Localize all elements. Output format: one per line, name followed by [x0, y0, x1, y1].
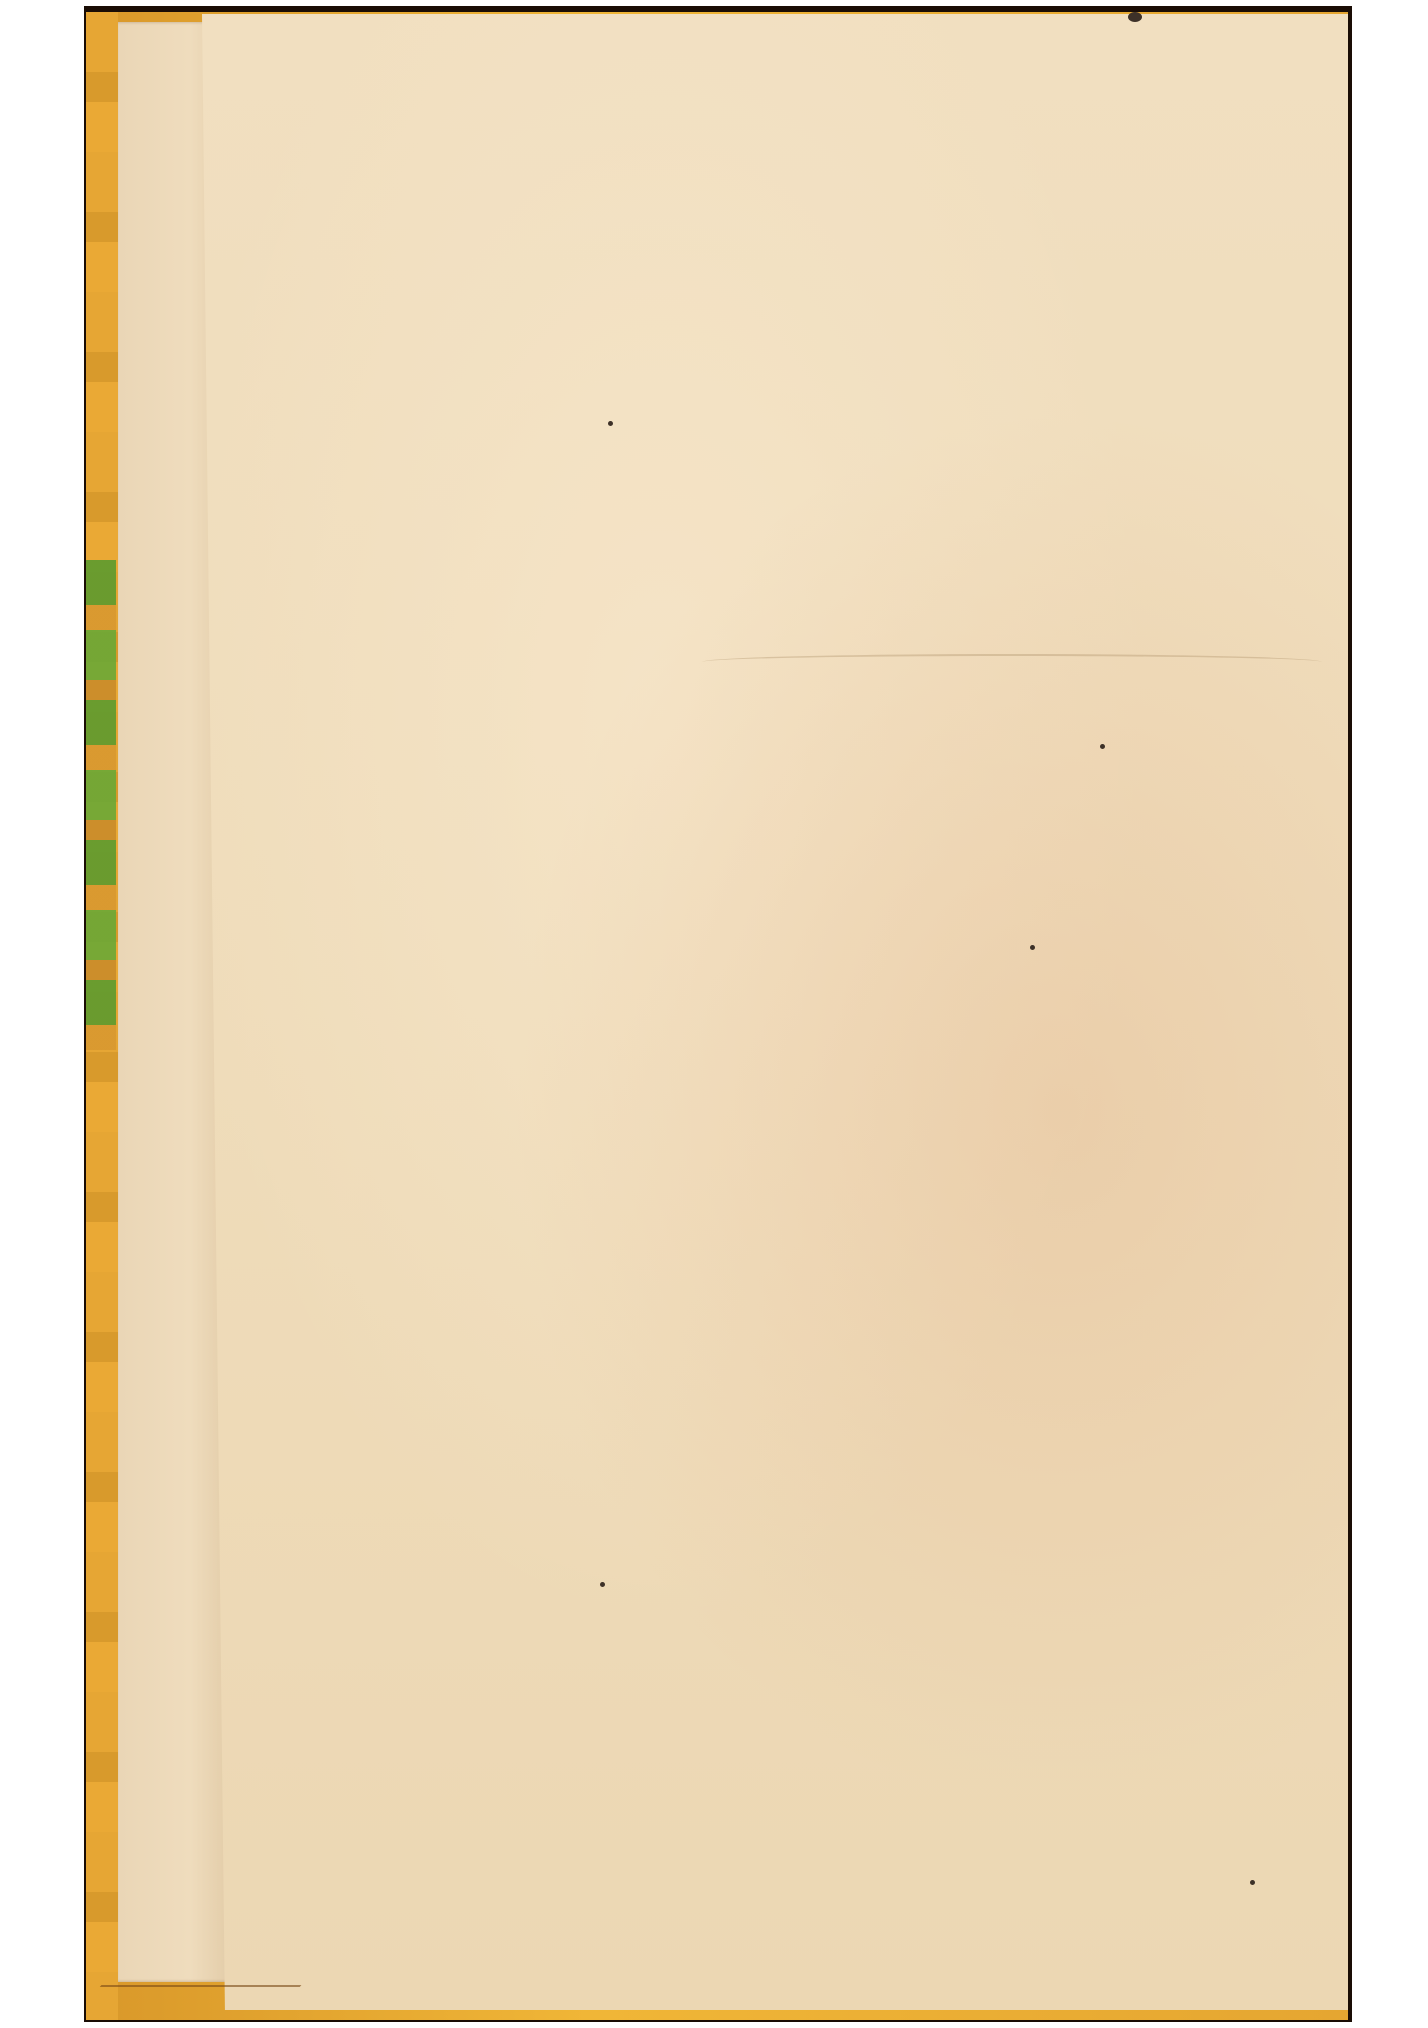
cover-corner-fold [75, 1985, 302, 2017]
paper-speck [608, 421, 613, 426]
paper-speck [1250, 1880, 1255, 1885]
paper-speck [1128, 12, 1142, 22]
cover-green-pattern [86, 560, 116, 1050]
blank-endpaper-page [202, 14, 1348, 2010]
paper-speck [600, 1582, 605, 1587]
paper-crease [702, 654, 1322, 670]
paper-speck [1100, 744, 1105, 749]
paper-speck [1030, 945, 1035, 950]
edge-mark [1270, 2000, 1310, 2016]
